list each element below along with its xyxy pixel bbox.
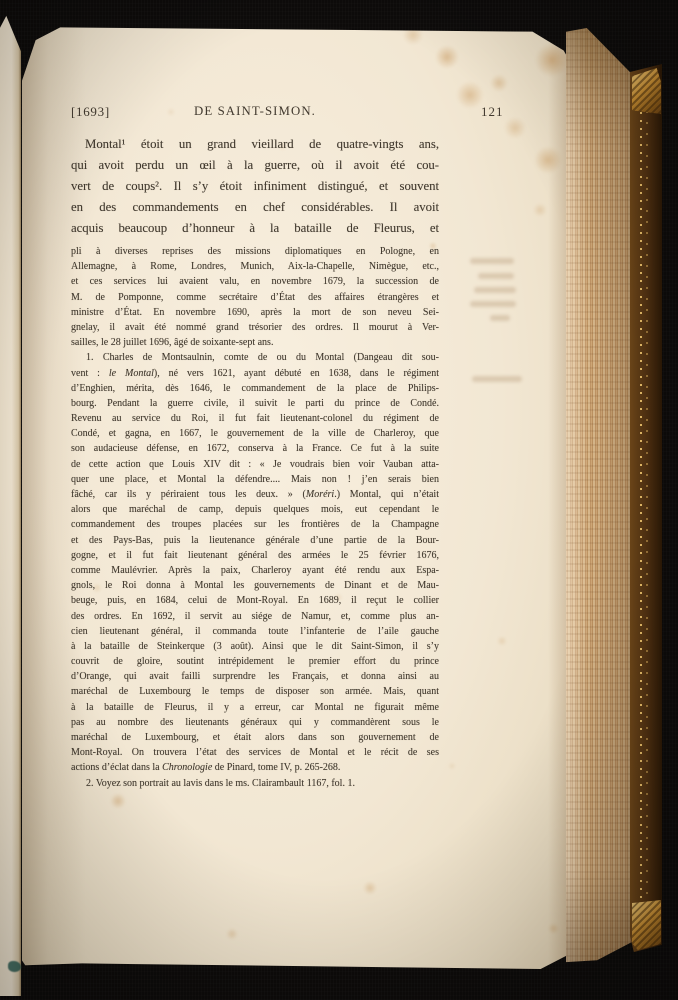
footnote-line: des ordres. En 1692, il servit au siége … (71, 609, 439, 624)
footnote-line: pas au nombre des lieutenants généraux q… (71, 715, 439, 730)
show-through-line (478, 273, 514, 279)
footnote-line: d’Enghien, mérita, dès 1646, le commande… (71, 381, 439, 396)
footnote-line: quer une place, et Montal la défendre...… (71, 472, 439, 487)
footnote-line: fâché, car ils y périraient tous les deu… (71, 487, 439, 502)
book-fore-edge (566, 28, 640, 964)
body-text-line: vert de coups². Il s’y étoit infiniment … (71, 176, 439, 197)
footnote-line: gnelay, il avait été nommé grand trésori… (71, 320, 439, 335)
footnote-line: sailles, le 28 juillet 1696, âgé de soix… (71, 335, 439, 350)
foxing-spot (110, 793, 126, 809)
foxing-spot (497, 636, 507, 646)
footnote-line: commandement des troupes placées sur les… (71, 517, 439, 532)
footnote-line: d’Orange, qui avait failli surprendre le… (71, 669, 439, 684)
book-photograph: [1693] DE SAINT-SIMON. 121 Montal¹ étoit… (0, 0, 678, 1000)
book-cover-edge (630, 64, 662, 952)
footnote-line: et ces services lui avaient valu, en nov… (71, 274, 439, 289)
foxing-spot (534, 146, 562, 174)
body-paragraph: Montal¹ étoit un grand vieillard de quat… (71, 134, 439, 239)
foxing-spot (490, 74, 508, 92)
body-text-line: en des commandements en chef considérabl… (71, 197, 439, 218)
footnote-line: actions d’éclat dans la Chronologie de P… (71, 760, 439, 775)
foxing-spot (363, 881, 377, 895)
foxing-spot (456, 81, 484, 109)
footnote-line: ministre d’État. En novembre 1690, après… (71, 305, 439, 320)
show-through-line (470, 258, 514, 264)
footnote-line: et des Pays-Bas, puis la lieutenance gén… (71, 533, 439, 548)
footnote-line: Revenu au service du Roi, il fut fait li… (71, 411, 439, 426)
running-title: DE SAINT-SIMON. (71, 104, 439, 119)
foxing-spot (548, 923, 559, 934)
footnote-2: 2. Voyez son portrait au lavis dans le m… (71, 776, 439, 791)
footnote-line: son audacieuse défense, en 1672, conserv… (71, 441, 439, 456)
show-through-line (474, 287, 516, 293)
foxing-spot (504, 117, 526, 139)
left-page-edge (0, 10, 21, 996)
page-number: 121 (481, 104, 504, 120)
headband-speck (8, 961, 21, 972)
gilt-corner-top (632, 68, 661, 114)
show-through-line (470, 301, 516, 307)
foxing-spot (533, 203, 547, 217)
footnote-line: à la bataille de Fleurus, il y a erreur,… (71, 700, 439, 715)
footnote-line: 2. Voyez son portrait au lavis dans le m… (71, 776, 439, 791)
footnote-line: couvrit de gloire, soutint intrépidement… (71, 654, 439, 669)
footnote-line: Condé, et gagna, en 1667, le gouvernemen… (71, 426, 439, 441)
footnote-line: cien lieutenant général, il commanda tou… (71, 624, 439, 639)
footnote-1: 1. Charles de Montsaulnin, comte de ou d… (71, 350, 439, 775)
footnote-line: Allemagne, à Rome, Londres, Munich, Aix-… (71, 259, 439, 274)
body-text-line: Montal¹ étoit un grand vieillard de quat… (71, 134, 439, 155)
body-text-line: qui avoit perdu un œil à la guerre, où i… (71, 155, 439, 176)
page-content: [1693] DE SAINT-SIMON. 121 Montal¹ étoit… (71, 26, 439, 791)
footnote-line: maréchal de Luxembourg, et était alors d… (71, 730, 439, 745)
footnotes-section: pli à diverses reprises des missions dip… (71, 244, 439, 791)
footnote-line: maréchal de Luxembourg le temps de dispo… (71, 684, 439, 699)
footnote-line: beuge, puis, en 1684, celui de Mont-Roya… (71, 593, 439, 608)
footnote-line: 1. Charles de Montsaulnin, comte de ou d… (71, 350, 439, 365)
footnote-line: pli à diverses reprises des missions dip… (71, 244, 439, 259)
footnote-line: de cette action que Louis XIV dit : « Je… (71, 457, 439, 472)
page-header: [1693] DE SAINT-SIMON. 121 (71, 104, 439, 121)
footnote-line: bourg. Pendant la guerre civile, il suiv… (71, 396, 439, 411)
footnote-line: M. de Pomponne, comme secrétaire d’État … (71, 290, 439, 305)
foxing-spot (226, 928, 238, 940)
footnote-continuation: pli à diverses reprises des missions dip… (71, 244, 439, 350)
foxing-spot (535, 43, 569, 77)
footnote-line: gnols, le Roi donna à Montal les gouvern… (71, 578, 439, 593)
gilt-corner-bottom (632, 900, 661, 950)
body-text-line: acquis beaucoup d’honneur à la bataille … (71, 218, 439, 239)
book-page: [1693] DE SAINT-SIMON. 121 Montal¹ étoit… (22, 26, 568, 970)
show-through-line (490, 315, 510, 321)
footnote-line: vent : le Montal), né vers 1621, ayant d… (71, 366, 439, 381)
footnote-line: gogne, et il fut fait lieutenant général… (71, 548, 439, 563)
footnote-line: à la bataille de Steinkerque (3 août). A… (71, 639, 439, 654)
footnote-line: alors que maréchal de camp, depuis quelq… (71, 502, 439, 517)
show-through-line (472, 376, 522, 382)
footnote-line: Mont-Royal. On trouvera l’état des servi… (71, 745, 439, 760)
gilt-tooling-dots (639, 104, 649, 908)
foxing-spot (448, 762, 456, 770)
footnote-line: comme Maulévrier. Après la paix, Charler… (71, 563, 439, 578)
